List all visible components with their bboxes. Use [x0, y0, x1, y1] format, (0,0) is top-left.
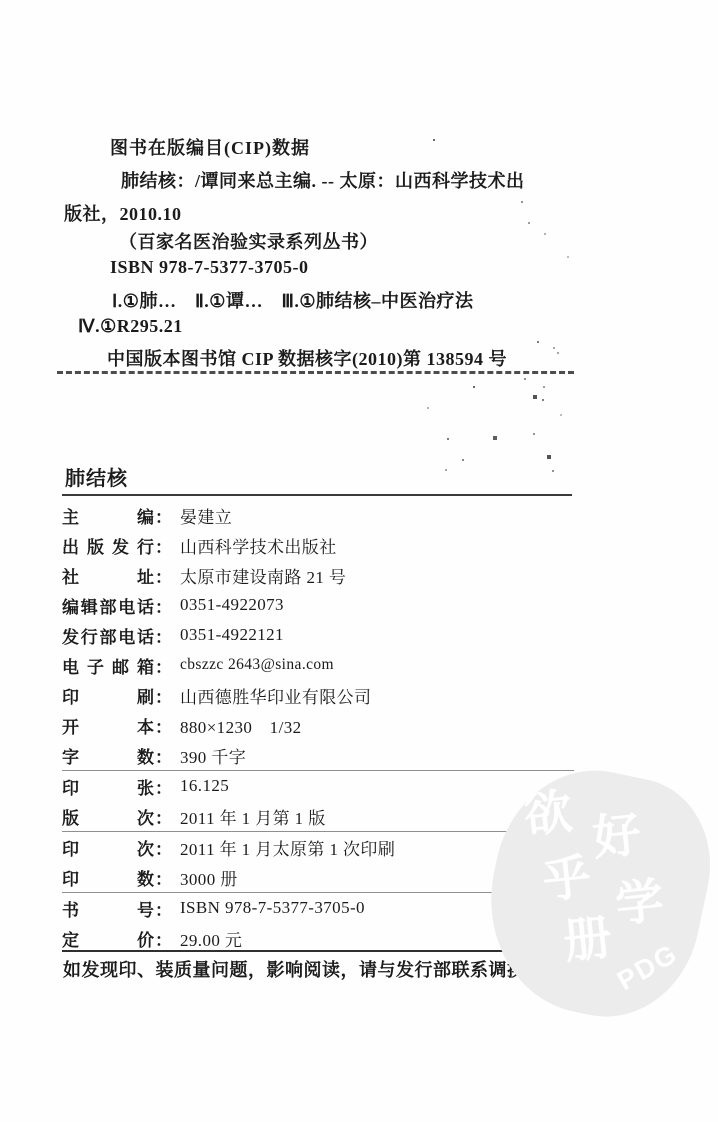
colophon-row-value: 山西科学技术出版社	[180, 533, 337, 558]
watermark-seal-glyph: 学	[613, 878, 666, 931]
colophon-row-label: 社址	[62, 563, 154, 588]
colophon-row-value: cbszzc 2643@sina.com	[180, 656, 334, 674]
colophon-row-value: 2011 年 1 月第 1 版	[180, 804, 326, 829]
colophon-row-label: 发行部电话	[62, 623, 154, 648]
book-copyright-page: 图书在版编目(CIP)数据 肺结核：/谭同来总主编. -- 太原：山西科学技术出…	[0, 0, 718, 1122]
colophon-row-separator: ：	[155, 533, 172, 558]
colophon-row-separator: ：	[155, 653, 172, 678]
colophon-row-label: 电子邮箱	[62, 653, 154, 678]
colophon-row-value: 太原市建设南路 21 号	[180, 563, 346, 588]
colophon-row-separator: ：	[155, 926, 172, 951]
watermark-seal-glyph: 乎	[541, 854, 594, 907]
colophon-row-separator: ：	[155, 503, 172, 528]
colophon-row-label: 印数	[62, 865, 154, 890]
colophon-row: 编辑部电话：0351-4922073	[62, 590, 574, 620]
watermark-seal-glyph: 册	[561, 915, 614, 968]
colophon-row-separator: ：	[155, 683, 172, 708]
colophon-row-separator: ：	[155, 865, 172, 890]
colophon-row-label: 主编	[62, 503, 154, 528]
dashed-divider	[57, 371, 574, 374]
colophon-row-label: 编辑部电话	[62, 593, 154, 618]
colophon-row-label: 字数	[62, 743, 154, 768]
colophon-row-value: 3000 册	[180, 865, 238, 890]
colophon-row-label: 版次	[62, 804, 154, 829]
colophon-row-label: 出版发行	[62, 533, 154, 558]
colophon-row: 出版发行：山西科学技术出版社	[62, 530, 574, 560]
colophon-row: 社址：太原市建设南路 21 号	[62, 560, 574, 590]
cip-entry-line-2: 版社，2010.10	[64, 200, 182, 226]
colophon-row-separator: ：	[155, 713, 172, 738]
watermark-pdg-label: PDG	[612, 938, 683, 997]
colophon-row-separator: ：	[155, 593, 172, 618]
colophon-row-label: 书号	[62, 896, 154, 921]
colophon-row-separator: ：	[155, 896, 172, 921]
watermark-seal-glyph: 好	[591, 811, 644, 864]
colophon-row: 印张：16.125	[62, 771, 574, 801]
colophon-row-separator: ：	[155, 835, 172, 860]
colophon-row: 字数：390 千字	[62, 740, 574, 771]
colophon-row-label: 定价	[62, 926, 154, 951]
colophon-row: 开本：880×1230 1/32	[62, 710, 574, 740]
cip-isbn: ISBN 978-7-5377-3705-0	[110, 257, 309, 278]
cip-record-number: 中国版本图书馆 CIP 数据核字(2010)第 138594 号	[107, 345, 507, 371]
cip-classification-line-2: Ⅳ.①R295.21	[78, 316, 183, 337]
watermark-seal-glyph: 欲	[522, 789, 575, 842]
colophon-row-separator: ：	[155, 563, 172, 588]
book-title: 肺结核	[65, 462, 128, 491]
colophon-row-separator: ：	[155, 623, 172, 648]
cip-classification-line-1: Ⅰ.①肺… Ⅱ.①谭… Ⅲ.①肺结核–中医治疗法	[112, 287, 474, 313]
colophon-row-value: 16.125	[180, 776, 229, 796]
colophon-row-separator: ：	[155, 774, 172, 799]
colophon-row: 发行部电话：0351-4922121	[62, 620, 574, 650]
title-rule	[62, 494, 572, 496]
cip-series-title: （百家名医治验实录系列丛书）	[119, 228, 378, 254]
colophon-row-label: 印次	[62, 835, 154, 860]
colophon-row-label: 印张	[62, 774, 154, 799]
colophon-row-value: 2011 年 1 月太原第 1 次印刷	[180, 835, 395, 860]
colophon-row-value: 晏建立	[180, 503, 232, 528]
colophon-row: 印刷：山西德胜华印业有限公司	[62, 680, 574, 710]
colophon-bottom-rule	[62, 950, 572, 952]
colophon-row-value: 880×1230 1/32	[180, 713, 302, 738]
colophon-row-value: 0351-4922121	[180, 625, 284, 645]
colophon-row-value: 390 千字	[180, 743, 246, 768]
cip-heading: 图书在版编目(CIP)数据	[110, 134, 310, 160]
colophon-row-separator: ：	[155, 743, 172, 768]
colophon-row-value: ISBN 978-7-5377-3705-0	[180, 898, 365, 918]
colophon-row-label: 开本	[62, 713, 154, 738]
colophon-row: 电子邮箱：cbszzc 2643@sina.com	[62, 650, 574, 680]
colophon-row: 版次：2011 年 1 月第 1 版	[62, 801, 574, 832]
colophon-row-value: 0351-4922073	[180, 595, 284, 615]
cip-entry-line-1: 肺结核：/谭同来总主编. -- 太原：山西科学技术出	[121, 167, 525, 193]
colophon-row-value: 29.00 元	[180, 926, 242, 951]
colophon-row: 主编：晏建立	[62, 500, 574, 530]
colophon-row-label: 印刷	[62, 683, 154, 708]
colophon-row-value: 山西德胜华印业有限公司	[180, 683, 371, 708]
colophon-row-separator: ：	[155, 804, 172, 829]
quality-notice: 如发现印、装质量问题，影响阅读，请与发行部联系调换。	[63, 956, 544, 982]
scan-noise	[0, 0, 2, 2]
